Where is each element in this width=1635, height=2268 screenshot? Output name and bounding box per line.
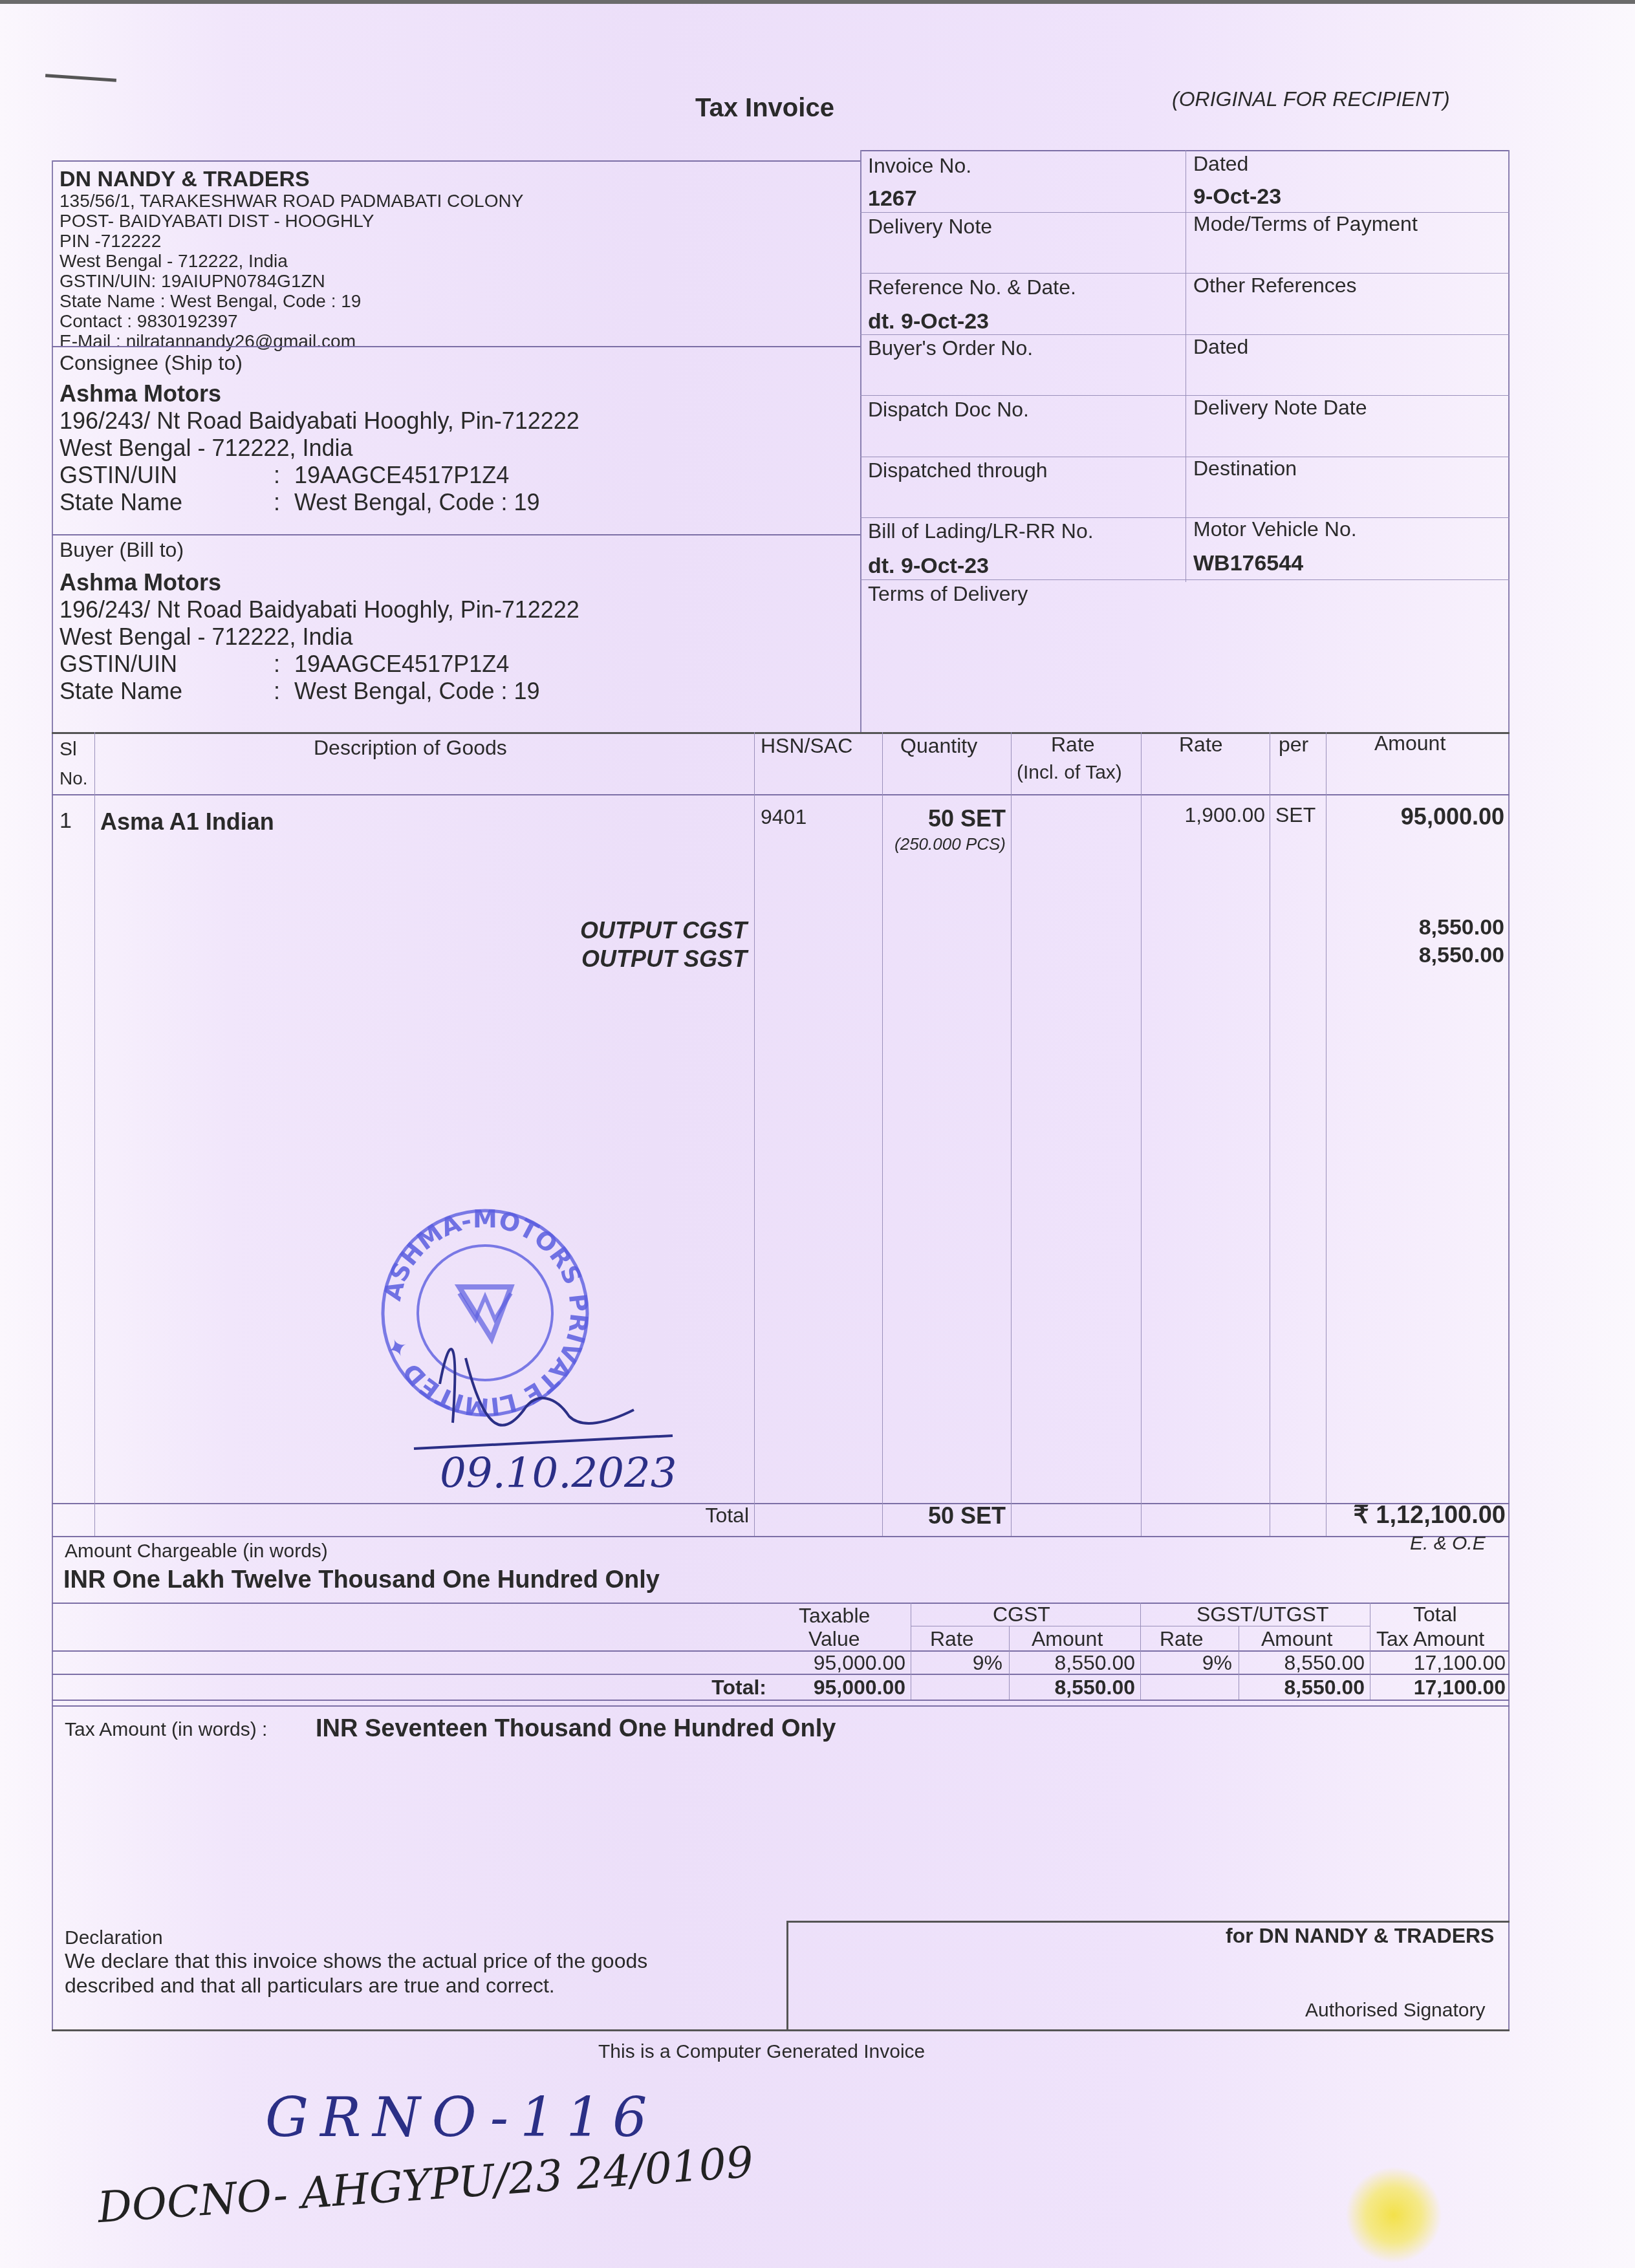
amount-words-label: Amount Chargeable (in words) [65, 1540, 328, 1562]
svg-text:09.10.2023: 09.10.2023 [440, 1450, 677, 1498]
col-taxable-value: Value [808, 1627, 860, 1651]
tax-line-label: OUTPUT SGST [453, 945, 747, 973]
row-amount: 95,000.00 [1330, 803, 1504, 830]
row-sl: 1 [60, 808, 72, 834]
invoice-date: 9-Oct-23 [1193, 184, 1281, 210]
scan-edge [0, 0, 1635, 4]
tax-total-cgst: 8,550.00 [1012, 1676, 1135, 1700]
yellow-smudge [1345, 2166, 1442, 2263]
tax-line-amount: 8,550.00 [1330, 943, 1504, 968]
buyer-heading: Buyer (Bill to) [60, 538, 184, 562]
bill-of-lading-label: Bill of Lading/LR-RR No. [868, 519, 1094, 543]
seller-email: E-Mail : nilratannandy26@gmail.com [60, 331, 356, 352]
document-title: Tax Invoice [695, 94, 834, 123]
col-description: Description of Goods [314, 736, 507, 760]
reference-label: Reference No. & Date. [868, 275, 1076, 299]
seller-line: GSTIN/UIN: 19AIUPN0784G1ZN [60, 271, 325, 292]
col-rate-incl: Rate [1051, 733, 1095, 757]
declaration-text: described and that all particulars are t… [65, 1974, 555, 1998]
grand-total: ₹ 1,12,100.00 [1330, 1500, 1506, 1529]
invoice-no-label: Invoice No. [868, 154, 971, 178]
row-quantity-sub: (250.000 PCS) [886, 834, 1006, 854]
authorised-signatory: Authorised Signatory [1305, 2000, 1486, 2022]
delivery-note-date-label: Delivery Note Date [1193, 396, 1367, 420]
consignee-state: West Bengal, Code : 19 [294, 489, 540, 516]
svg-text:ASHMA-MOTORS PRIVATE LIMITED ✦: ASHMA-MOTORS PRIVATE LIMITED ✦ [378, 1205, 593, 1421]
row-hsn: 9401 [761, 805, 807, 829]
buyer-address: 196/243/ Nt Road Baidyabati Hooghly, Pin… [60, 596, 579, 623]
taxable-value: 95,000.00 [776, 1651, 905, 1675]
buyers-order-label: Buyer's Order No. [868, 336, 1033, 360]
sgst-amount: 8,550.00 [1242, 1651, 1365, 1675]
bill-of-lading-value: dt. 9-Oct-23 [868, 554, 989, 579]
consignee-heading: Consignee (Ship to) [60, 351, 243, 375]
col-amount: Amount [1374, 731, 1446, 755]
invoice-page: Tax Invoice (ORIGINAL FOR RECIPIENT) DN … [0, 0, 1635, 2268]
seller-line: 135/56/1, TARAKESHWAR ROAD PADMABATI COL… [60, 191, 523, 211]
buyer-gstin: 19AAGCE4517P1Z4 [294, 651, 509, 678]
dispatch-doc-label: Dispatch Doc No. [868, 398, 1029, 422]
buyer-address: West Bengal - 712222, India [60, 623, 353, 651]
handwritten-grn: GRNO-116 [265, 2086, 659, 2149]
buyer-name: Ashma Motors [60, 569, 221, 596]
total-tax-amount: 17,100.00 [1371, 1651, 1506, 1675]
col-sgst-rate: Rate [1160, 1627, 1204, 1651]
vehicle-no: WB176544 [1193, 551, 1303, 576]
consignee-gstin: 19AAGCE4517P1Z4 [294, 462, 509, 489]
consignee-name: Ashma Motors [60, 380, 221, 407]
amount-in-words: INR One Lakh Twelve Thousand One Hundred… [63, 1566, 660, 1594]
col-sl-no: No. [60, 768, 88, 789]
buyer-state: West Bengal, Code : 19 [294, 678, 540, 705]
seller-line: POST- BAIDYABATI DIST - HOOGHLY [60, 211, 374, 232]
other-references-label: Other References [1193, 274, 1357, 297]
delivery-note-label: Delivery Note [868, 215, 992, 239]
seller-line: State Name : West Bengal, Code : 19 [60, 291, 361, 312]
col-sl: Sl [60, 739, 77, 761]
seller-line: Contact : 9830192397 [60, 311, 238, 332]
cgst-rate: 9% [912, 1651, 1002, 1675]
col-total-tax: Tax Amount [1376, 1627, 1484, 1651]
tax-total-taxable: 95,000.00 [776, 1676, 905, 1700]
col-rate-incl-sub: (Incl. of Tax) [1017, 762, 1122, 784]
vehicle-no-label: Motor Vehicle No. [1193, 517, 1357, 541]
consignee-gstin-label: GSTIN/UIN [60, 462, 177, 489]
buyer-gstin-label: GSTIN/UIN [60, 651, 177, 678]
col-sgst: SGST/UTGST [1196, 1603, 1328, 1626]
eoe-label: E. & O.E [1410, 1533, 1486, 1555]
consignee-state-label: State Name [60, 489, 182, 516]
sgst-rate: 9% [1142, 1651, 1232, 1675]
total-label: Total [582, 1504, 749, 1528]
col-cgst-rate: Rate [930, 1627, 974, 1651]
row-rate: 1,900.00 [1145, 803, 1265, 827]
seller-line: West Bengal - 712222, India [60, 251, 288, 272]
col-cgst: CGST [993, 1603, 1050, 1626]
signatory-company: for DN NANDY & TRADERS [1226, 1924, 1494, 1948]
col-rate: Rate [1179, 733, 1223, 757]
col-quantity: Quantity [900, 734, 977, 758]
consignee-address: West Bengal - 712222, India [60, 435, 353, 462]
col-sgst-amount: Amount [1261, 1627, 1332, 1651]
declaration-heading: Declaration [65, 1927, 163, 1949]
col-cgst-amount: Amount [1032, 1627, 1103, 1651]
terms-of-delivery-label: Terms of Delivery [868, 582, 1028, 606]
staple-mark [45, 74, 116, 82]
tax-total-all: 17,100.00 [1371, 1676, 1506, 1700]
invoice-no: 1267 [868, 186, 917, 211]
buyer-state-label: State Name [60, 678, 182, 705]
computer-generated-note: This is a Computer Generated Invoice [598, 2041, 925, 2063]
tax-total-label: Total: [647, 1676, 766, 1700]
payment-terms-label: Mode/Terms of Payment [1193, 212, 1418, 236]
col-hsn: HSN/SAC [761, 734, 852, 758]
cgst-amount: 8,550.00 [1012, 1651, 1135, 1675]
buyers-order-dated-label: Dated [1193, 335, 1248, 359]
tax-line-label: OUTPUT CGST [453, 917, 747, 944]
destination-label: Destination [1193, 457, 1297, 481]
consignee-address: 196/243/ Nt Road Baidyabati Hooghly, Pin… [60, 407, 579, 435]
col-taxable: Taxable [799, 1604, 870, 1628]
col-total: Total [1413, 1603, 1457, 1626]
row-quantity: 50 SET [886, 805, 1006, 832]
copy-label: (ORIGINAL FOR RECIPIENT) [1172, 87, 1450, 111]
row-per: SET [1275, 803, 1316, 827]
reference-value: dt. 9-Oct-23 [868, 309, 989, 334]
total-quantity: 50 SET [886, 1502, 1006, 1529]
dispatched-through-label: Dispatched through [868, 459, 1048, 482]
seller-name: DN NANDY & TRADERS [60, 167, 310, 192]
dated-label: Dated [1193, 152, 1248, 176]
tax-total-sgst: 8,550.00 [1242, 1676, 1365, 1700]
tax-line-amount: 8,550.00 [1330, 915, 1504, 940]
tax-words-label: Tax Amount (in words) : [65, 1719, 267, 1741]
company-stamp-icon: ASHMA-MOTORS PRIVATE LIMITED ✦ 09.10.202… [362, 1164, 776, 1500]
tax-in-words: INR Seventeen Thousand One Hundred Only [316, 1715, 836, 1743]
seller-line: PIN -712222 [60, 231, 161, 252]
declaration-text: We declare that this invoice shows the a… [65, 1949, 647, 1973]
row-description: Asma A1 Indian [100, 808, 274, 836]
handwritten-doc-no: DOCNO- AHGYPU/23 24/0109 [96, 2137, 755, 2233]
col-per: per [1279, 733, 1308, 757]
